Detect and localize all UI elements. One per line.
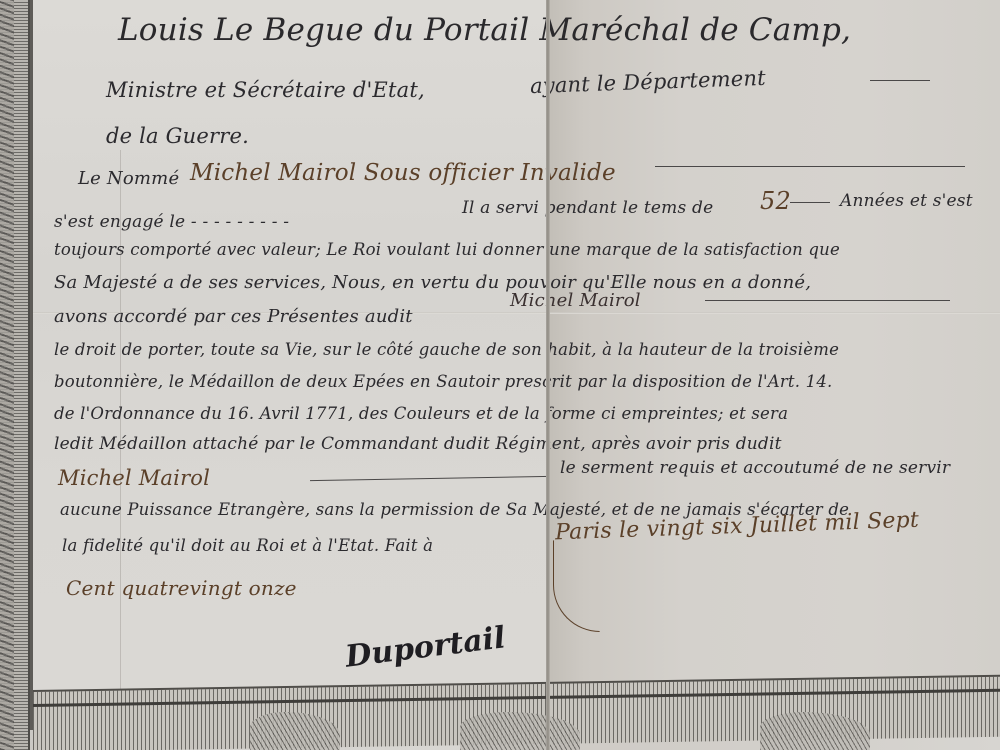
handwritten-recipient-3: Michel Mairol: [58, 466, 210, 490]
fill-rule: [790, 202, 830, 203]
body-line-9: ledit Médaillon attaché par le Commandan…: [54, 434, 782, 454]
handwritten-recipient: Michel Mairol Sous officier Invalide: [190, 160, 616, 186]
printed-engage: s'est engagé le - - - - - - - - -: [54, 212, 289, 232]
fill-rule: [705, 300, 950, 301]
body-line-6: le droit de porter, toute sa Vie, sur le…: [54, 340, 839, 359]
handwritten-years: 52: [760, 187, 791, 215]
body-line-8: de l'Ordonnance du 16. Avril 1771, des C…: [54, 404, 788, 423]
document-photo: Louis Le Begue du Portail Maréchal de Ca…: [0, 0, 1000, 750]
vertical-fold: [546, 0, 550, 750]
printed-serment: le serment requis et accoutumé de ne ser…: [560, 458, 950, 478]
header-fill-rule: [870, 80, 930, 81]
printed-fait-a: la fidelité qu'il doit au Roi et à l'Eta…: [62, 536, 433, 555]
paper-crease: [120, 150, 121, 700]
fill-rule: [655, 166, 965, 167]
body-line-7: boutonnière, le Médaillon de deux Epées …: [54, 372, 832, 391]
handwritten-year-words: Cent quatrevingt onze: [66, 576, 297, 600]
engraved-left-border: [0, 0, 30, 750]
header-ministre: Ministre et Sécrétaire d'Etat,: [106, 78, 425, 102]
printed-annees: Années et s'est: [840, 191, 973, 211]
handwritten-recipient-2: Michel Mairol: [510, 290, 641, 311]
border-rule: [30, 0, 33, 730]
printed-le-nomme: Le Nommé: [78, 168, 179, 189]
header-title: Louis Le Begue du Portail Maréchal de Ca…: [118, 12, 851, 48]
header-guerre: de la Guerre.: [106, 124, 249, 148]
printed-servi: Il a servi pendant le tems de: [462, 198, 713, 218]
body-line-4: Sa Majesté a de ses services, Nous, en v…: [54, 272, 811, 293]
printed-avons-accorde: avons accordé par ces Présentes audit: [54, 306, 413, 327]
body-line-3: toujours comporté avec valeur; Le Roi vo…: [54, 240, 840, 259]
